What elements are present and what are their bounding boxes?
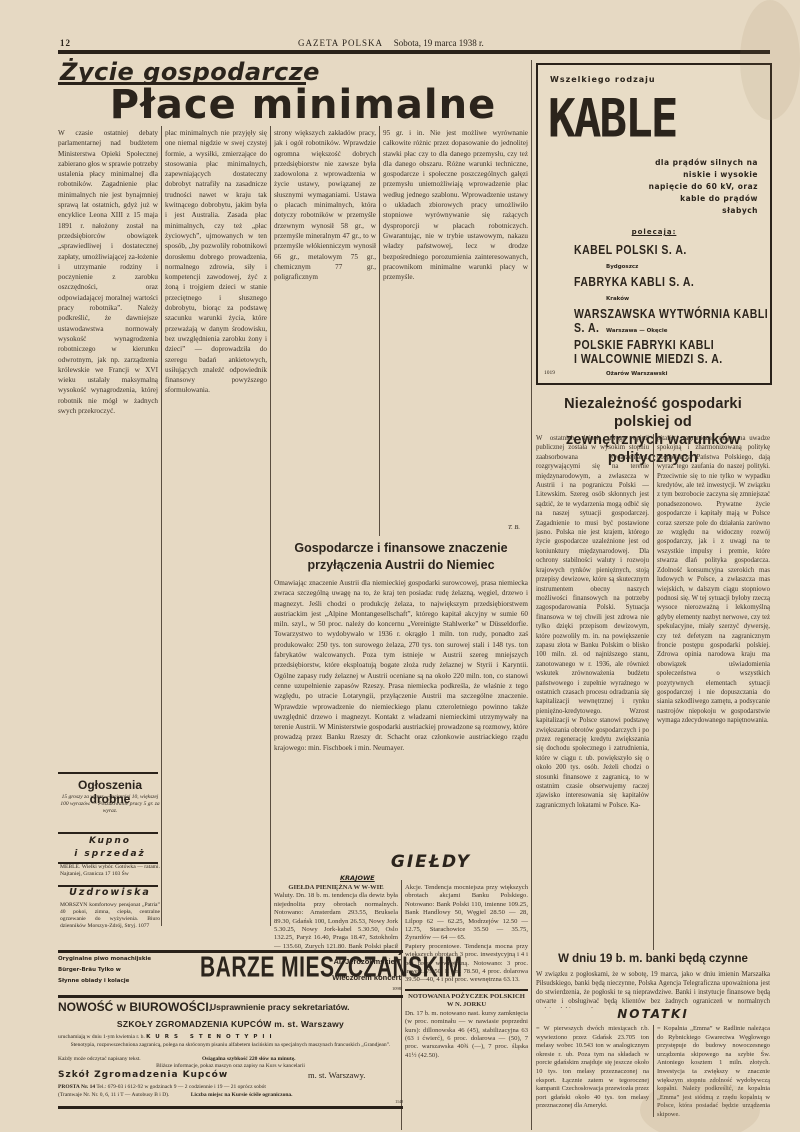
main-article-col-4: 95 gr. i in. Nie jest możliwe wyrównanie… xyxy=(383,128,528,528)
gieldy-headline: GIEŁDY xyxy=(336,852,526,872)
paper-title: GAZETA POLSKA xyxy=(298,38,383,48)
austria-headline: Gospodarcze i finansowe znaczenie przyłą… xyxy=(274,540,528,574)
sprzedaz-heading: i sprzedaż xyxy=(60,849,160,859)
kable-ad: Wszelkiego rodzaju KABLE dla prądów siln… xyxy=(536,63,772,385)
austria-article-body: Omawiając znaczenie Austrii dla niemieck… xyxy=(274,578,528,848)
page-column-divider xyxy=(531,60,532,1130)
firm-city: Kraków xyxy=(606,296,629,302)
main-headline: Płace minimalne xyxy=(88,82,518,128)
masthead-rule xyxy=(58,50,770,54)
barze-evening: Wieczorem koncert xyxy=(258,970,401,986)
notatki-headline: NOTATKI xyxy=(536,1007,770,1021)
barze-ad: Oryginalne piwo monachijskie Bürger-Bräu… xyxy=(58,952,528,990)
article-signature: T. B. xyxy=(508,524,520,531)
page-number: 12 xyxy=(60,38,71,48)
gieldy-col-2: Akcje. Tendencja mocniejsza przy większy… xyxy=(405,884,528,1132)
firm-name: POLSKIE FABRYKI KABLI xyxy=(574,338,714,352)
divider xyxy=(58,772,158,774)
masthead: 12 GAZETA POLSKA Sobota, 19 marca 1938 r… xyxy=(58,38,770,50)
kable-product: KABLE xyxy=(548,87,676,149)
firm-city: Bydgoszcz xyxy=(606,264,638,270)
paper-stain xyxy=(640,1080,760,1132)
kurs-headline: NOWOŚĆ w BIUROWOŚCI. xyxy=(58,1000,212,1014)
kable-intro: Wszelkiego rodzaju xyxy=(550,75,656,84)
firm-name: FABRYKA KABLI S. A. xyxy=(574,275,694,289)
issue-date: Sobota, 19 marca 1938 r. xyxy=(394,38,484,48)
firm-name: WARSZAWSKA WYTWÓRNIA KABLI S. A. xyxy=(574,307,770,336)
gieldy-subsection: KRAJOWE xyxy=(340,874,375,882)
column-divider xyxy=(653,434,654,950)
banki-body: W związku z pogłoskami, że w sobotę, 19 … xyxy=(536,970,770,1008)
firm-city: Ożarów Warszawski xyxy=(606,371,667,377)
banki-headline: W dniu 19 b. m. banki będą czynne xyxy=(536,953,770,965)
divider xyxy=(58,832,158,834)
gieldy-waluty: GIEŁDA PIENIĘŻNA W W-WIE Waluty. Dn. 18 … xyxy=(274,884,398,950)
main-article-col-1: W czasie ostatniej debaty parlamentarnej… xyxy=(58,128,158,768)
ad-code: 1019 xyxy=(544,370,555,376)
firm-city: Warszawa — Okęcie xyxy=(606,328,668,334)
kable-description: dla prądów silnych na niskie i wysokie n… xyxy=(646,157,758,217)
paper-stain xyxy=(740,0,800,120)
main-article-col-3: strony większych zakładów pracy, jak i o… xyxy=(274,128,376,533)
notatki-item: = W pierwszych dwóch miesiącach r.b. wyw… xyxy=(536,1025,649,1125)
niezaleznosc-col-1: W ostatnich dniach uwaga opinii publiczn… xyxy=(536,434,649,950)
firm-name-line2: I WALCOWNIE MIEDZI S. A. xyxy=(574,352,723,366)
column-divider xyxy=(379,126,380,536)
niezaleznosc-col-2: pitaliści zagraniczni, mając na uwadze s… xyxy=(657,434,770,950)
meble-ad: MEBLE. Wielki wybór. Gotówka — ratami. N… xyxy=(60,864,160,878)
firm-name: KABEL POLSKI S. A. xyxy=(574,243,687,257)
kurs-ad: NOWOŚĆ w BIUROWOŚCI. Usprawnienie pracy … xyxy=(58,995,403,1109)
uzdrowiska-ad: MORSZYN komfortowy pensjonat „Patria” 40… xyxy=(60,902,160,930)
barze-address: Al. Jerozolimskie 7 xyxy=(258,954,401,970)
newspaper-page: 12 GAZETA POLSKA Sobota, 19 marca 1938 r… xyxy=(58,0,770,1132)
kupno-heading: Kupno xyxy=(60,836,160,846)
column-divider xyxy=(270,126,271,926)
column-divider xyxy=(161,126,162,926)
classifieds-rates: 15 groszy za wyraz — najmniej 10, większ… xyxy=(60,794,160,815)
uzdrowiska-heading: Uzdrowiska xyxy=(60,887,160,898)
kable-recommend: polecają: xyxy=(538,228,770,236)
main-article-col-2: płac minimalnych nie przyjęły się one ni… xyxy=(165,128,267,928)
